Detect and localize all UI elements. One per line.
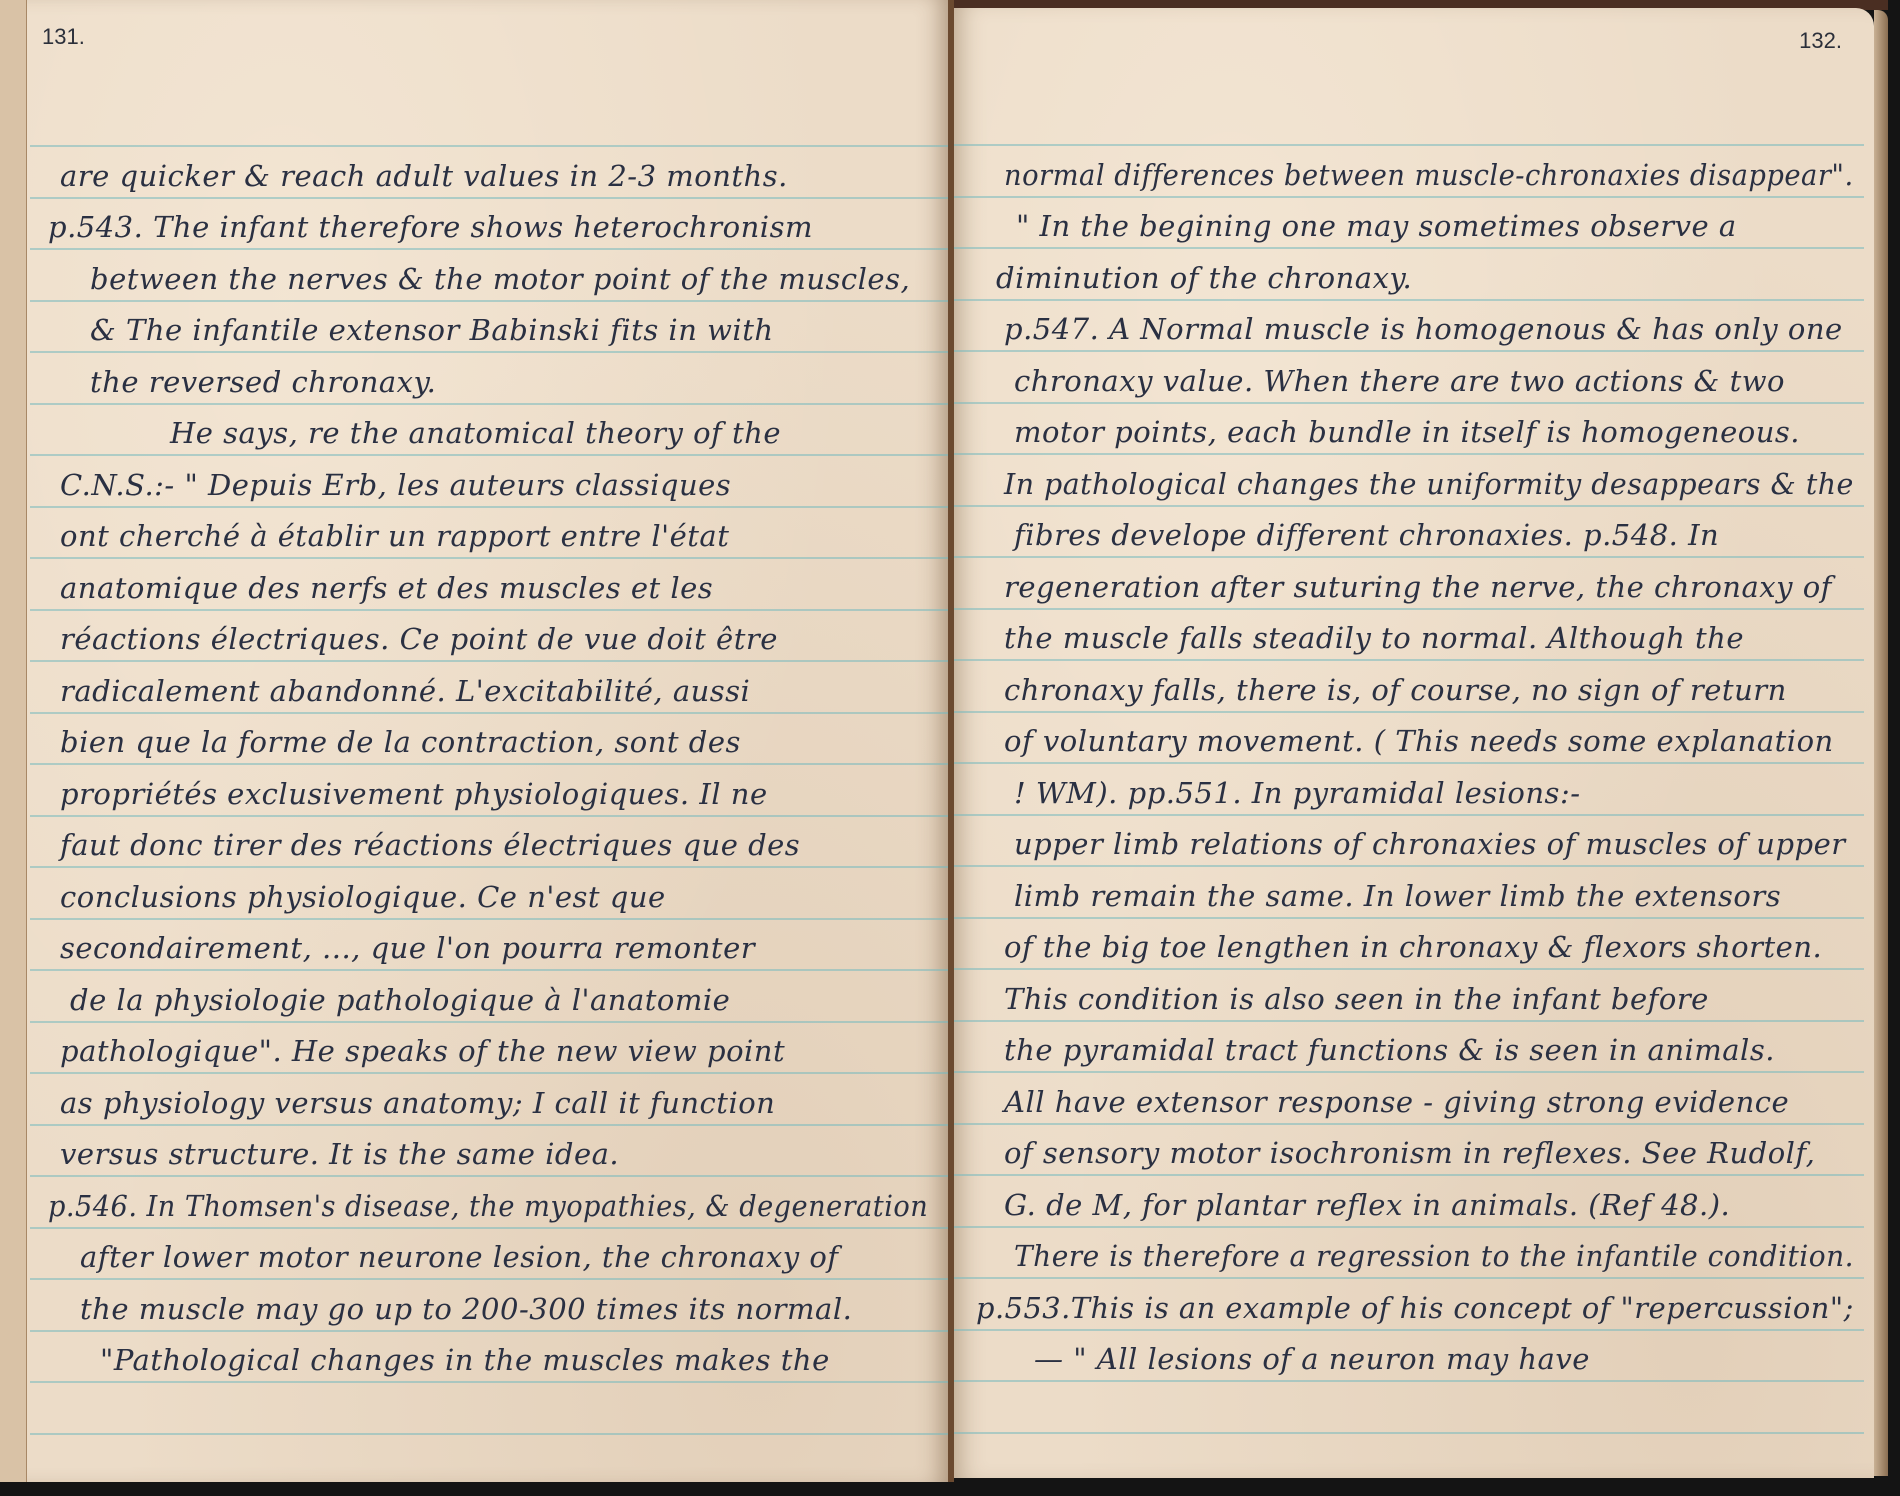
handwritten-line: the muscle may go up to 200-300 times it…	[80, 1292, 852, 1326]
handwritten-line: of the big toe lengthen in chronaxy & fl…	[1004, 930, 1822, 964]
ruled-line	[30, 712, 948, 714]
ruled-line	[30, 1227, 948, 1229]
handwritten-line: regeneration after suturing the nerve, t…	[1004, 570, 1832, 604]
handwritten-line: of sensory motor isochronism in reflexes…	[1004, 1136, 1815, 1170]
handwritten-line: motor points, each bundle in itself is h…	[1014, 415, 1800, 449]
ruled-line	[954, 1277, 1864, 1279]
handwritten-line: secondairement, ..., que l'on pourra rem…	[60, 931, 755, 965]
ruled-line	[30, 248, 948, 250]
ruled-line	[954, 968, 1864, 970]
ruled-line	[30, 969, 948, 971]
ruled-line	[30, 1072, 948, 1074]
handwritten-line: p.543. The infant therefore shows hetero…	[48, 210, 813, 244]
ruled-line	[954, 1432, 1864, 1434]
handwritten-line: diminution of the chronaxy.	[996, 261, 1412, 295]
ruled-line	[954, 865, 1864, 867]
handwritten-line: the pyramidal tract functions & is seen …	[1004, 1033, 1775, 1067]
ruled-line	[954, 762, 1864, 764]
handwritten-line: between the nerves & the motor point of …	[90, 262, 910, 296]
ruled-line	[954, 1380, 1864, 1382]
handwritten-line: upper limb relations of chronaxies of mu…	[1014, 827, 1846, 861]
handwritten-line: C.N.S.:- " Depuis Erb, les auteurs class…	[60, 468, 731, 502]
handwritten-line: of voluntary movement. ( This needs some…	[1004, 724, 1834, 758]
handwritten-line: There is therefore a regression to the i…	[1014, 1239, 1854, 1273]
ruled-line	[30, 763, 948, 765]
ruled-line	[30, 815, 948, 817]
ruled-line	[954, 1123, 1864, 1125]
ruled-line	[30, 866, 948, 868]
ruled-line	[954, 917, 1864, 919]
ruled-line	[30, 1175, 948, 1177]
page-number: 131.	[42, 24, 85, 50]
ruled-line	[954, 453, 1864, 455]
handwritten-line: bien que la forme de la contraction, son…	[60, 725, 741, 759]
handwritten-line: ! WM). pp.551. In pyramidal lesions:-	[1014, 776, 1581, 810]
open-notebook: 131. are quicker & reach adult values in…	[0, 0, 1900, 1496]
handwritten-line: He says, re the anatomical theory of the	[170, 416, 781, 450]
handwritten-line: conclusions physiologique. Ce n'est que	[60, 880, 666, 914]
ruled-line	[954, 1226, 1864, 1228]
ruled-line	[30, 557, 948, 559]
ruled-line	[954, 196, 1864, 198]
handwritten-line: versus structure. It is the same idea.	[60, 1137, 619, 1171]
handwritten-line: chronaxy value. When there are two actio…	[1014, 364, 1785, 398]
ruled-line	[30, 197, 948, 199]
handwritten-line: réactions électriques. Ce point de vue d…	[60, 622, 778, 656]
handwritten-line: pathologique". He speaks of the new view…	[60, 1034, 785, 1068]
ruled-line	[30, 1433, 948, 1435]
handwritten-line: the reversed chronaxy.	[90, 365, 436, 399]
handwritten-line: normal differences between muscle-chrona…	[1004, 158, 1854, 192]
handwritten-line: after lower motor neurone lesion, the ch…	[80, 1240, 839, 1274]
handwritten-line: p.546. In Thomsen's disease, the myopath…	[48, 1189, 928, 1223]
handwritten-line: G. de M, for plantar reflex in animals. …	[1004, 1188, 1730, 1222]
ruled-line	[30, 351, 948, 353]
handwritten-line: All have extensor response - giving stro…	[1004, 1085, 1789, 1119]
handwritten-line: de la physiologie pathologique à l'anato…	[70, 983, 730, 1017]
ruled-line	[954, 814, 1864, 816]
ruled-line	[30, 1021, 948, 1023]
ruled-line	[954, 1020, 1864, 1022]
ruled-line	[954, 711, 1864, 713]
handwritten-line: & The infantile extensor Babinski fits i…	[90, 313, 774, 347]
ruled-line	[954, 505, 1864, 507]
handwritten-line: faut donc tirer des réactions électrique…	[60, 828, 800, 862]
ruled-line	[954, 608, 1864, 610]
page-stack-edge	[1874, 10, 1888, 1476]
ruled-line	[954, 659, 1864, 661]
handwritten-line: In pathological changes the uniformity d…	[1004, 467, 1854, 501]
handwritten-line: This condition is also seen in the infan…	[1004, 982, 1709, 1016]
left-page: 131. are quicker & reach adult values in…	[0, 0, 954, 1482]
ruled-line	[954, 144, 1864, 146]
ruled-line	[954, 1329, 1864, 1331]
ruled-line	[30, 1381, 948, 1383]
handwritten-line: chronaxy falls, there is, of course, no …	[1004, 673, 1787, 707]
handwritten-line: — " All lesions of a neuron may have	[1034, 1342, 1590, 1376]
handwritten-line: ont cherché à établir un rapport entre l…	[60, 519, 729, 553]
ruled-line	[30, 145, 948, 147]
ruled-line	[954, 1174, 1864, 1176]
handwritten-line: "Pathological changes in the muscles mak…	[100, 1343, 830, 1377]
ruled-line	[30, 660, 948, 662]
ruled-line	[30, 454, 948, 456]
ruled-line	[30, 1124, 948, 1126]
page-edge-strip	[0, 0, 27, 1482]
handwritten-line: limb remain the same. In lower limb the …	[1014, 879, 1781, 913]
handwritten-line: as physiology versus anatomy; I call it …	[60, 1086, 775, 1120]
page-number: 132.	[1799, 28, 1842, 54]
handwritten-line: p.553.This is an example of his concept …	[976, 1291, 1854, 1325]
ruled-line	[30, 300, 948, 302]
ruled-line	[30, 609, 948, 611]
ruled-line	[30, 506, 948, 508]
ruled-line	[30, 403, 948, 405]
handwritten-line: are quicker & reach adult values in 2-3 …	[60, 159, 788, 193]
ruled-line	[954, 1071, 1864, 1073]
handwritten-line: anatomique des nerfs et des muscles et l…	[60, 571, 713, 605]
ruled-line	[954, 402, 1864, 404]
handwritten-line: p.547. A Normal muscle is homogenous & h…	[1004, 312, 1843, 346]
ruled-line	[954, 556, 1864, 558]
ruled-line	[954, 350, 1864, 352]
handwritten-line: fibres develope different chronaxies. p.…	[1014, 518, 1719, 552]
handwritten-line: propriétés exclusivement physiologiques.…	[60, 777, 768, 811]
ruled-line	[954, 247, 1864, 249]
handwritten-line: " In the begining one may sometimes obse…	[1016, 209, 1737, 243]
handwritten-line: radicalement abandonné. L'excitabilité, …	[60, 674, 750, 708]
right-page: 132. normal differences between muscle-c…	[954, 8, 1874, 1478]
ruled-line	[30, 1330, 948, 1332]
ruled-line	[954, 299, 1864, 301]
ruled-line	[30, 918, 948, 920]
ruled-line	[30, 1278, 948, 1280]
handwritten-line: the muscle falls steadily to normal. Alt…	[1004, 621, 1744, 655]
